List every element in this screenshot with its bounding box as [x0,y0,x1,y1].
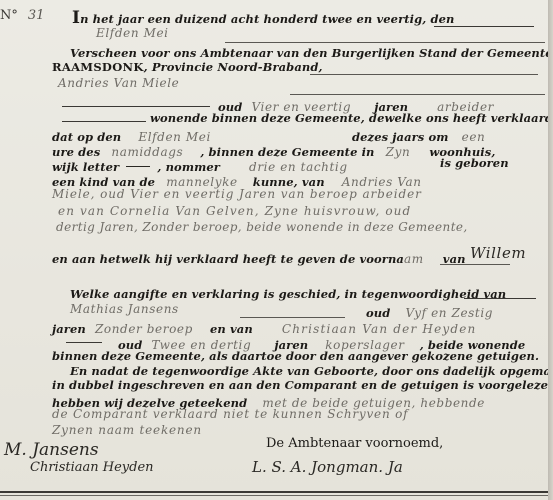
voornaam-suffix: am [404,252,424,266]
father-details: Miele, oud Vier en veertig Jaren van ber… [52,187,422,201]
fill-line [290,94,545,95]
official-title: De Ambtenaar voornoemd, [266,436,443,451]
fill-line [310,74,538,75]
house-owner: Zyn [386,145,411,159]
label-jaren: jaren [52,322,86,336]
handwritten-date: Elfden Mei [96,26,169,40]
label-voornaam: en aan hetwelk hij verklaard heeft te ge… [52,252,404,266]
mother-details: en van Cornelia Van Gelven, Zyne huisvro… [58,204,411,218]
fill-line [225,42,545,43]
line-1-text: n het jaar een duizend acht honderd twee… [80,12,454,26]
fill-line [62,106,210,107]
drop-initial: I [72,8,80,28]
document-page: N°31 In het jaar een duizend acht honder… [0,0,548,500]
fill-line [66,342,102,343]
witness-1-name: Mathias Jansens [70,302,179,316]
declarant-name: Andries Van Miele [58,76,179,90]
line-22-text: in dubbel ingeschreven en aan den Compar… [52,378,553,392]
fill-line [464,298,536,299]
line-3-text: Verscheen voor ons Ambtenaar van den Bur… [70,46,553,60]
province-text: , Provincie Noord-Braband, [144,60,323,74]
line-16-text: Welke aangifte en verklaring is geschied… [70,287,506,301]
line-15: en aan hetwelk hij verklaard heeft te ge… [52,248,466,267]
dash [126,166,150,167]
signing-note-3: Zynen naam teekenen [52,423,202,437]
bottom-rule [0,491,548,493]
fill-line [440,264,510,265]
witness-1-signature: M. Jansens [4,440,99,460]
bottom-rule-thin [0,495,548,496]
line-7-text: wonende binnen deze Gemeente, dewelke on… [150,111,553,125]
line-21-text: En nadat de tegenwoordige Akte van Geboo… [70,364,553,378]
witness-2-signature: Christiaan Heyden [30,460,154,475]
act-number-value: 31 [28,8,45,23]
mother-occupation-residence: dertig Jaren, Zonder beroep, beide wonen… [56,220,468,234]
signing-note-2: de Comparant verklaard niet te kunnen Sc… [52,407,408,421]
line-1: In het jaar een duizend acht honderd twe… [72,8,455,28]
child-given-name: Willem [470,244,526,262]
label-is-geboren: is geboren [440,156,509,170]
act-number-prefix: N° [0,8,18,23]
fill-line [434,26,534,27]
page-edge [548,0,553,500]
municipality-name: RAAMSDONK [52,60,144,74]
fill-line [62,121,146,122]
line-20-text: binnen deze Gemeente, als daartoe door d… [52,349,539,363]
line-4: RAAMSDONK, Provincie Noord-Braband, [52,60,323,74]
official-signature: L. S. A. Jongman. Ja [252,458,403,476]
act-number: N°31 [0,8,44,23]
